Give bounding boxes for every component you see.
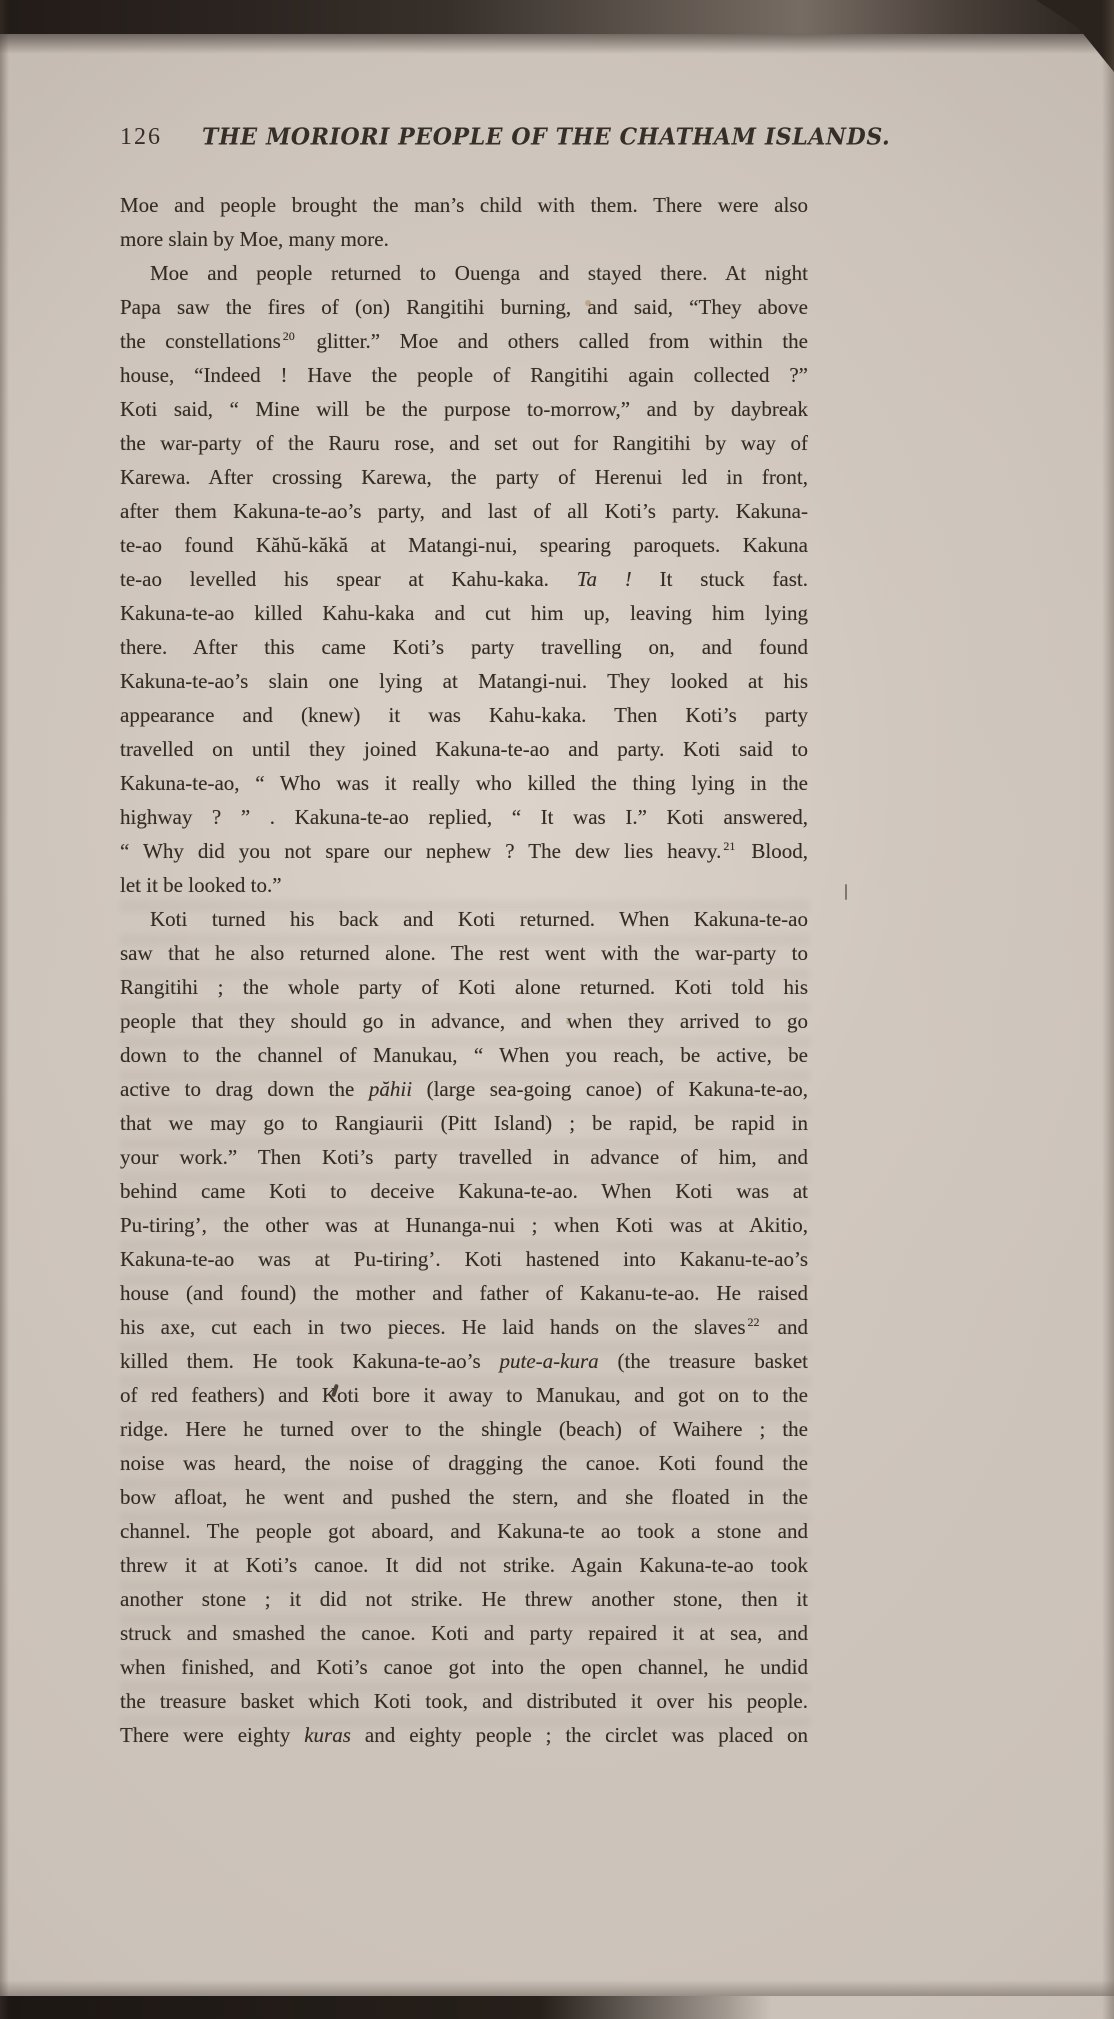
text-line: your work.” Then Koti’s party travelled … (120, 1140, 808, 1174)
text-segment: that we may go to Rangiaurii (Pitt Islan… (120, 1111, 808, 1135)
text-line: te-ao levelled his spear at Kahu-kaka. T… (120, 562, 808, 596)
text-segment: the war-party of the Rauru rose, and set… (120, 431, 808, 455)
text-segment: the treasure basket which Koti took, and… (120, 1689, 808, 1713)
text-line: the war-party of the Rauru rose, and set… (120, 426, 808, 460)
text-line: house, “Indeed ! Have the people of Rang… (120, 358, 808, 392)
text-segment: Kakuna-te-ao killed Kahu-kaka and cut hi… (120, 601, 808, 625)
text-line: of red feathers) and Koti bore it away t… (120, 1378, 808, 1412)
text-segment: let it be looked to.” (120, 873, 282, 897)
text-segment: te-ao levelled his spear at Kahu-kaka. (120, 567, 577, 591)
text-line: saw that he also returned alone. The res… (120, 936, 808, 970)
text-line: active to drag down the păhii (large sea… (120, 1072, 808, 1106)
text-segment: Papa saw the fires of (on) Rangitihi bur… (120, 295, 808, 319)
text-segment: struck and smashed the canoe. Koti and p… (120, 1621, 808, 1645)
running-title: THE MORIORI PEOPLE OF THE CHATHAM ISLAND… (202, 123, 890, 150)
text-segment: saw that he also returned alone. The res… (120, 941, 808, 965)
text-line: let it be looked to.” (120, 868, 808, 902)
text-segment: the constellations (120, 329, 281, 353)
text-segment: Moe and people brought the man’s child w… (120, 193, 808, 217)
text-line: down to the channel of Manukau, “ When y… (120, 1038, 808, 1072)
scanned-book-page: 126 THE MORIORI PEOPLE OF THE CHATHAM IS… (0, 0, 1114, 2019)
text-line: ridge. Here he turned over to the shingl… (120, 1412, 808, 1446)
italic-term: pute-a-kura (500, 1349, 599, 1373)
text-segment: Blood, (737, 839, 808, 863)
text-segment: glitter.” Moe and others called from wit… (297, 329, 808, 353)
text-segment: ridge. Here he turned over to the shingl… (120, 1417, 808, 1441)
text-segment: channel. The people got aboard, and Kaku… (120, 1519, 808, 1543)
text-segment: highway ? ” . Kakuna-te-ao replied, “ It… (120, 805, 808, 829)
text-line: there. After this came Koti’s party trav… (120, 630, 808, 664)
text-segment: down to the channel of Manukau, “ When y… (120, 1043, 808, 1067)
text-line: Koti turned his back and Koti returned. … (120, 902, 808, 936)
text-segment: his axe, cut each in two pieces. He laid… (120, 1315, 746, 1339)
text-line: Kakuna-te-ao, “ Who was it really who ki… (120, 766, 808, 800)
text-segment: Pu-tiring’, the other was at Hunanga-nui… (120, 1213, 808, 1237)
text-line: house (and found) the mother and father … (120, 1276, 808, 1310)
text-segment: active to drag down the (120, 1077, 369, 1101)
text-segment: of red feathers) and Koti bore it away t… (120, 1383, 808, 1407)
text-line: more slain by Moe, many more. (120, 222, 808, 256)
text-line: Koti said, “ Mine will be the purpose to… (120, 392, 808, 426)
scan-left-edge (0, 0, 9, 2019)
text-line: killed them. He took Kakuna-te-ao’s pute… (120, 1344, 808, 1378)
text-segment: Karewa. After crossing Karewa, the party… (120, 465, 808, 489)
text-segment: another stone ; it did not strike. He th… (120, 1587, 808, 1611)
text-segment: your work.” Then Koti’s party travelled … (120, 1145, 808, 1169)
page-number: 126 (120, 124, 162, 151)
text-segment: when finished, and Koti’s canoe got into… (120, 1655, 808, 1679)
text-line: highway ? ” . Kakuna-te-ao replied, “ It… (120, 800, 808, 834)
text-segment: and eighty people ; the circlet was plac… (351, 1723, 808, 1747)
text-segment: Kakuna-te-ao’s slain one lying at Matang… (120, 669, 808, 693)
text-line: Moe and people brought the man’s child w… (120, 188, 808, 222)
text-segment: Kakuna-te-ao, “ Who was it really who ki… (120, 771, 808, 795)
text-line: Moe and people returned to Ouenga and st… (120, 256, 808, 290)
footnote-ref: 22 (746, 1315, 762, 1329)
text-segment: appearance and (knew) it was Kahu-kaka. … (120, 703, 808, 727)
text-line: appearance and (knew) it was Kahu-kaka. … (120, 698, 808, 732)
footnote-ref: 20 (281, 329, 297, 343)
scan-bottom-edge-fade (0, 1980, 1114, 1996)
text-segment: There were eighty (120, 1723, 304, 1747)
text-segment: “ Why did you not spare our nephew ? The… (120, 839, 721, 863)
text-segment: Koti turned his back and Koti returned. … (150, 907, 808, 931)
text-line: bow afloat, he went and pushed the stern… (120, 1480, 808, 1514)
text-segment: Rangitihi ; the whole party of Koti alon… (120, 975, 808, 999)
text-segment: people that they should go in advance, a… (120, 1009, 808, 1033)
text-line: Kakuna-te-ao was at Pu-tiring’. Koti has… (120, 1242, 808, 1276)
text-line: the treasure basket which Koti took, and… (120, 1684, 808, 1718)
text-segment: house, “Indeed ! Have the people of Rang… (120, 363, 808, 387)
page-text: Moe and people brought the man’s child w… (120, 188, 808, 1752)
text-segment: bow afloat, he went and pushed the stern… (120, 1485, 808, 1509)
text-segment: and (762, 1315, 809, 1339)
text-segment: there. After this came Koti’s party trav… (120, 635, 808, 659)
text-line: Karewa. After crossing Karewa, the party… (120, 460, 808, 494)
text-segment: travelled on until they joined Kakuna-te… (120, 737, 808, 761)
running-head: 126 THE MORIORI PEOPLE OF THE CHATHAM IS… (120, 124, 820, 151)
text-segment: house (and found) the mother and father … (120, 1281, 808, 1305)
paper-speck (585, 300, 591, 306)
text-segment: Koti said, “ Mine will be the purpose to… (120, 397, 808, 421)
text-line: noise was heard, the noise of dragging t… (120, 1446, 808, 1480)
scan-top-edge (0, 0, 1114, 34)
text-segment: (large sea-going canoe) of Kakuna-te-ao, (412, 1077, 808, 1101)
scan-top-edge-fade (0, 34, 1114, 54)
text-line: behind came Koti to deceive Kakuna-te-ao… (120, 1174, 808, 1208)
text-line: struck and smashed the canoe. Koti and p… (120, 1616, 808, 1650)
text-line: Rangitihi ; the whole party of Koti alon… (120, 970, 808, 1004)
text-segment: more slain by Moe, many more. (120, 227, 389, 251)
text-line: te-ao found Kăhŭ-kăkă at Matangi-nui, sp… (120, 528, 808, 562)
text-line: travelled on until they joined Kakuna-te… (120, 732, 808, 766)
text-line: another stone ; it did not strike. He th… (120, 1582, 808, 1616)
text-segment: te-ao found Kăhŭ-kăkă at Matangi-nui, sp… (120, 533, 808, 557)
text-line: Kakuna-te-ao’s slain one lying at Matang… (120, 664, 808, 698)
text-line: when finished, and Koti’s canoe got into… (120, 1650, 808, 1684)
text-segment: Kakuna-te-ao was at Pu-tiring’. Koti has… (120, 1247, 808, 1271)
scan-bottom-edge (0, 1996, 772, 2019)
text-segment: behind came Koti to deceive Kakuna-te-ao… (120, 1179, 808, 1203)
text-line: Kakuna-te-ao killed Kahu-kaka and cut hi… (120, 596, 808, 630)
text-line: that we may go to Rangiaurii (Pitt Islan… (120, 1106, 808, 1140)
italic-term: păhii (369, 1077, 412, 1101)
scan-right-edge (1102, 0, 1114, 2019)
text-segment: threw it at Koti’s canoe. It did not str… (120, 1553, 808, 1577)
text-segment: It stuck fast. (632, 567, 808, 591)
paper-speck (566, 1020, 570, 1024)
text-line: Papa saw the fires of (on) Rangitihi bur… (120, 290, 808, 324)
text-segment: (the treasure basket (599, 1349, 808, 1373)
text-line: his axe, cut each in two pieces. He laid… (120, 1310, 808, 1344)
text-line: the constellations20 glitter.” Moe and o… (120, 324, 808, 358)
text-segment: Moe and people returned to Ouenga and st… (150, 261, 808, 285)
footnote-ref: 21 (721, 839, 737, 853)
text-segment: after them Kakuna-te-ao’s party, and las… (120, 499, 808, 523)
text-segment: killed them. He took Kakuna-te-ao’s (120, 1349, 500, 1373)
text-segment: noise was heard, the noise of dragging t… (120, 1451, 808, 1475)
text-line: There were eighty kuras and eighty peopl… (120, 1718, 808, 1752)
italic-term: Ta ! (577, 567, 632, 591)
text-line: people that they should go in advance, a… (120, 1004, 808, 1038)
text-line: threw it at Koti’s canoe. It did not str… (120, 1548, 808, 1582)
text-line: “ Why did you not spare our nephew ? The… (120, 834, 808, 868)
text-line: after them Kakuna-te-ao’s party, and las… (120, 494, 808, 528)
text-line: channel. The people got aboard, and Kaku… (120, 1514, 808, 1548)
text-line: Pu-tiring’, the other was at Hunanga-nui… (120, 1208, 808, 1242)
italic-term: kuras (304, 1723, 351, 1747)
margin-tick-mark (845, 884, 847, 900)
